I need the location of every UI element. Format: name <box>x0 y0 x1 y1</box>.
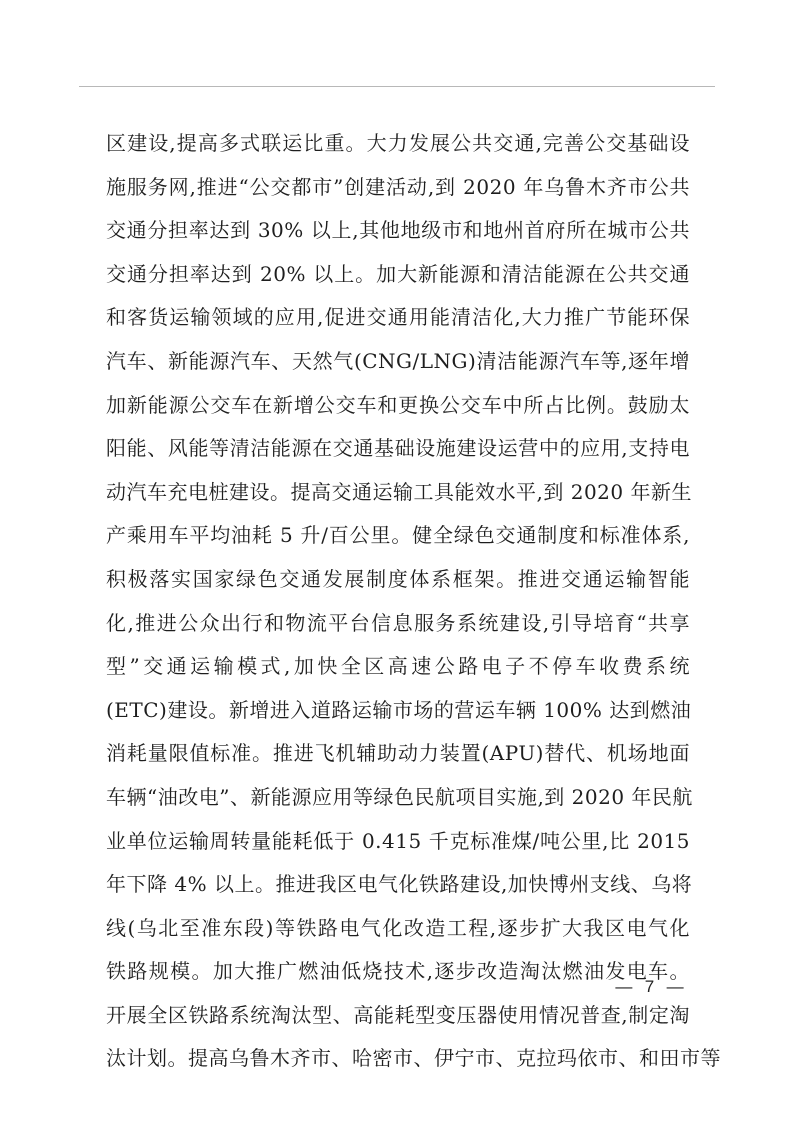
body-text: 区建设,提高多式联运比重。大力发展公共交通,完善公交基础设 施服务网,推进“公交… <box>106 122 690 1081</box>
text-line: 线(乌北至准东段)等铁路电气化改造工程,逐步扩大我区电气化 <box>106 907 690 951</box>
text-line: 汰计划。提高乌鲁木齐市、哈密市、伊宁市、克拉玛依市、和田市等 <box>106 1037 690 1081</box>
text-line: 交通分担率达到 30% 以上,其他地级市和地州首府所在城市公共 <box>106 209 690 253</box>
text-line: 加新能源公交车在新增公交车和更换公交车中所占比例。鼓励太 <box>106 384 690 428</box>
page-number: — 7 — <box>600 977 700 997</box>
text-line: 化,推进公众出行和物流平台信息服务系统建设,引导培育“共享 <box>106 602 690 646</box>
text-line: 汽车、新能源汽车、天然气(CNG/LNG)清洁能源汽车等,逐年增 <box>106 340 690 384</box>
text-line: 交通分担率达到 20% 以上。加大新能源和清洁能源在公共交通 <box>106 253 690 297</box>
text-line: 型”交通运输模式,加快全区高速公路电子不停车收费系统 <box>106 645 690 689</box>
text-line: 和客货运输领域的应用,促进交通用能清洁化,大力推广节能环保 <box>106 296 690 340</box>
text-line: 年下降 4% 以上。推进我区电气化铁路建设,加快博州支线、乌将 <box>106 863 690 907</box>
text-line: 积极落实国家绿色交通发展制度体系框架。推进交通运输智能 <box>106 558 690 602</box>
text-line: 区建设,提高多式联运比重。大力发展公共交通,完善公交基础设 <box>106 122 690 166</box>
text-line: 开展全区铁路系统淘汰型、高能耗型变压器使用情况普查,制定淘 <box>106 994 690 1038</box>
text-line: 业单位运输周转量能耗低于 0.415 千克标准煤/吨公里,比 2015 <box>106 820 690 864</box>
text-line: 产乘用车平均油耗 5 升/百公里。健全绿色交通制度和标准体系, <box>106 514 690 558</box>
header-rule <box>79 86 715 87</box>
text-line: 动汽车充电桩建设。提高交通运输工具能效水平,到 2020 年新生 <box>106 471 690 515</box>
text-line: 消耗量限值标准。推进飞机辅助动力装置(APU)替代、机场地面 <box>106 732 690 776</box>
text-line: 施服务网,推进“公交都市”创建活动,到 2020 年乌鲁木齐市公共 <box>106 166 690 210</box>
text-line: 阳能、风能等清洁能源在交通基础设施建设运营中的应用,支持电 <box>106 427 690 471</box>
text-line: 车辆“油改电”、新能源应用等绿色民航项目实施,到 2020 年民航 <box>106 776 690 820</box>
text-line: (ETC)建设。新增进入道路运输市场的营运车辆 100% 达到燃油 <box>106 689 690 733</box>
